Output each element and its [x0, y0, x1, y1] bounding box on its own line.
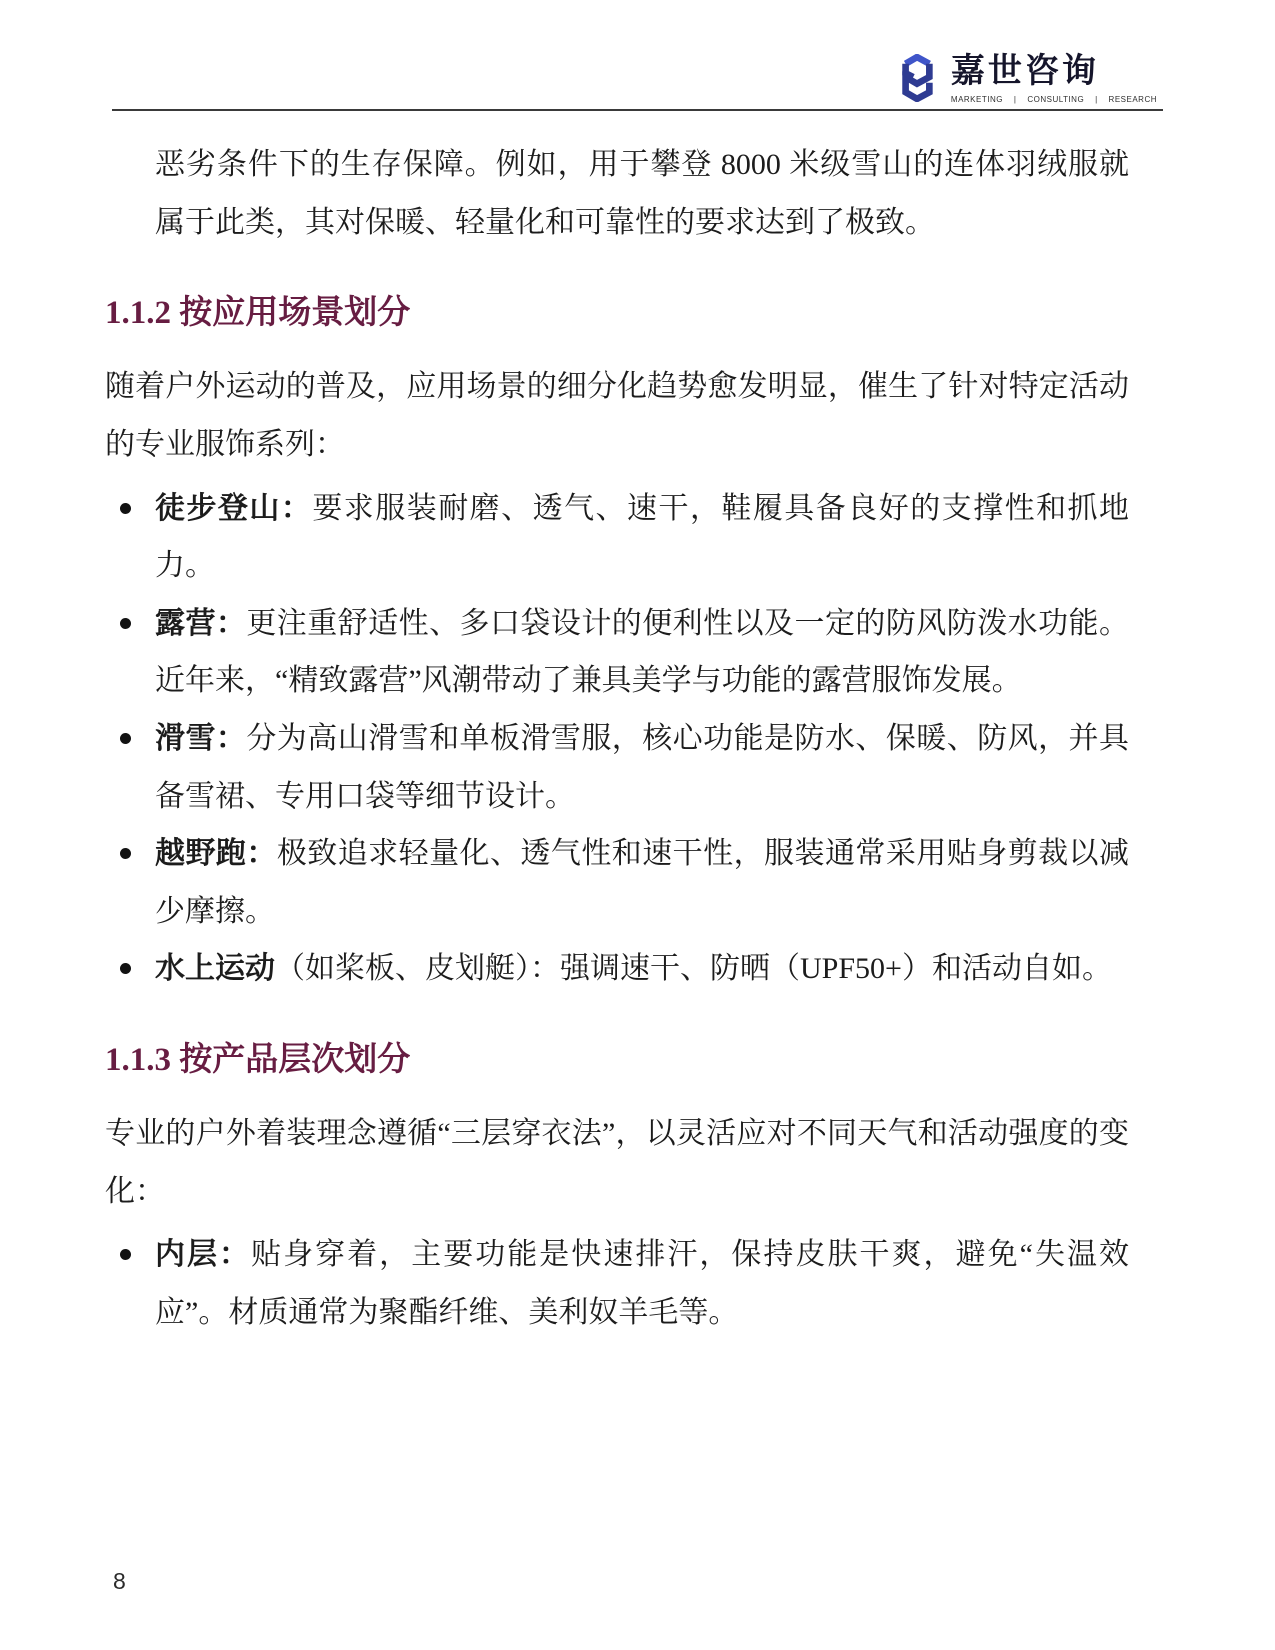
- bullet-dot-icon: [120, 733, 131, 744]
- bullet-dot-icon: [120, 848, 131, 859]
- bullet-desc: 更注重舒适性、多口袋设计的便利性以及一定的防风防泼水功能。近年来，“精致露营”风…: [155, 607, 1129, 698]
- brand-tagline: MARKETING | CONSULTING | RESEARCH: [951, 95, 1157, 104]
- section-heading-1-1-2: 1.1.2 按应用场景划分: [105, 293, 1129, 334]
- bullet-dot-icon: [120, 618, 131, 629]
- page-header: 嘉世咨询 MARKETING | CONSULTING | RESEARCH: [0, 0, 1275, 112]
- bullet-term: 露营：: [155, 607, 246, 640]
- list-item-camping: 露营：更注重舒适性、多口袋设计的便利性以及一定的防风防泼水功能。近年来，“精致露…: [105, 595, 1129, 710]
- bullet-dot-icon: [120, 503, 131, 514]
- bullet-desc: （如桨板、皮划艇）：强调速干、防晒（UPF50+）和活动自如。: [275, 952, 1112, 985]
- product-layers-list: 内层：贴身穿着，主要功能是快速排汗，保持皮肤干爽，避免“失温效应”。材质通常为聚…: [105, 1226, 1129, 1341]
- list-item-water-sports: 水上运动（如桨板、皮划艇）：强调速干、防晒（UPF50+）和活动自如。: [105, 940, 1129, 998]
- document-content: 恶劣条件下的生存保障。例如，用于攀登 8000 米级雪山的连体羽绒服就属于此类，…: [105, 136, 1129, 1342]
- bullet-term: 滑雪：: [155, 722, 246, 755]
- bullet-dot-icon: [120, 1249, 131, 1260]
- section-1-1-3-intro: 专业的户外着装理念遵循“三层穿衣法”，以灵活应对不同天气和活动强度的变化：: [105, 1105, 1129, 1220]
- document-page: 嘉世咨询 MARKETING | CONSULTING | RESEARCH 恶…: [0, 0, 1275, 1650]
- section-heading-1-1-3: 1.1.3 按产品层次划分: [105, 1040, 1129, 1081]
- application-scenarios-list: 徒步登山：要求服装耐磨、透气、速干，鞋履具备良好的支撑性和抓地力。 露营：更注重…: [105, 480, 1129, 998]
- header-divider-line: [112, 109, 1163, 111]
- bullet-term: 徒步登山：: [155, 492, 312, 525]
- logo-mark-icon: [898, 54, 936, 102]
- list-item-trail-running: 越野跑：极致追求轻量化、透气性和速干性，服装通常采用贴身剪裁以减少摩擦。: [105, 825, 1129, 940]
- brand-name: 嘉世咨询: [951, 54, 1099, 88]
- bullet-desc: 贴身穿着，主要功能是快速排汗，保持皮肤干爽，避免“失温效应”。材质通常为聚酯纤维…: [155, 1238, 1129, 1329]
- bullet-term: 内层：: [155, 1238, 251, 1271]
- logo-text-block: 嘉世咨询 MARKETING | CONSULTING | RESEARCH: [951, 54, 1157, 104]
- bullet-dot-icon: [120, 963, 131, 974]
- continuation-paragraph: 恶劣条件下的生存保障。例如，用于攀登 8000 米级雪山的连体羽绒服就属于此类，…: [105, 136, 1129, 251]
- section-1-1-2-intro: 随着户外运动的普及，应用场景的细分化趋势愈发明显，催生了针对特定活动的专业服饰系…: [105, 358, 1129, 473]
- company-logo: 嘉世咨询 MARKETING | CONSULTING | RESEARCH: [898, 54, 1157, 104]
- list-item-hiking: 徒步登山：要求服装耐磨、透气、速干，鞋履具备良好的支撑性和抓地力。: [105, 480, 1129, 595]
- page-number: 8: [113, 1568, 126, 1595]
- bullet-term: 越野跑：: [155, 837, 277, 870]
- list-item-base-layer: 内层：贴身穿着，主要功能是快速排汗，保持皮肤干爽，避免“失温效应”。材质通常为聚…: [105, 1226, 1129, 1341]
- list-item-skiing: 滑雪：分为高山滑雪和单板滑雪服，核心功能是防水、保暖、防风，并具备雪裙、专用口袋…: [105, 710, 1129, 825]
- bullet-term: 水上运动: [155, 952, 275, 985]
- bullet-desc: 分为高山滑雪和单板滑雪服，核心功能是防水、保暖、防风，并具备雪裙、专用口袋等细节…: [155, 722, 1129, 813]
- bullet-desc: 极致追求轻量化、透气性和速干性，服装通常采用贴身剪裁以减少摩擦。: [155, 837, 1129, 928]
